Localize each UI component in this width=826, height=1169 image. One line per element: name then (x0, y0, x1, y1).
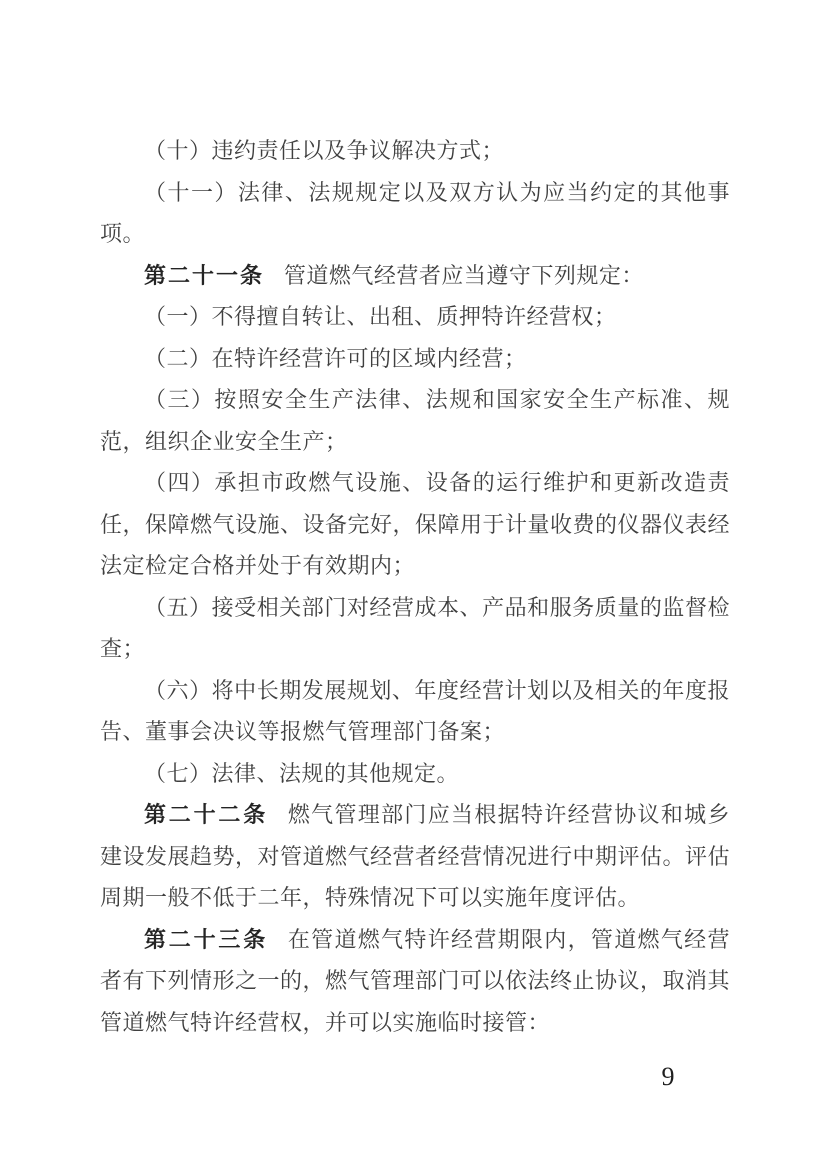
article-number: 第二十二条 (144, 802, 268, 827)
paragraph: （七）法律、法规的其他规定。 (100, 753, 730, 795)
paragraph: （二）在特许经营许可的区域内经营； (100, 338, 730, 380)
document-page: （十）违约责任以及争议解决方式； （十一）法律、法规规定以及双方认为应当约定的其… (0, 0, 826, 1169)
paragraph: （三）按照安全生产法律、法规和国家安全生产标准、规范，组织企业安全生产； (100, 379, 730, 462)
paragraph: （五）接受相关部门对经营成本、产品和服务质量的监督检查； (100, 587, 730, 670)
paragraph: 第二十二条燃气管理部门应当根据特许经营协议和城乡建设发展趋势，对管道燃气经营者经… (100, 794, 730, 919)
paragraph-text: （二）在特许经营许可的区域内经营； (144, 346, 527, 371)
paragraph: （六）将中长期发展规划、年度经营计划以及相关的年度报告、董事会决议等报燃气管理部… (100, 670, 730, 753)
paragraph: （十一）法律、法规规定以及双方认为应当约定的其他事项。 (100, 172, 730, 255)
paragraph: （四）承担市政燃气设施、设备的运行维护和更新改造责任，保障燃气设施、设备完好，保… (100, 462, 730, 587)
paragraph: （一）不得擅自转让、出租、质押特许经营权； (100, 296, 730, 338)
article-number: 第二十一条 (144, 263, 264, 288)
paragraph: 第二十一条管道燃气经营者应当遵守下列规定： (100, 255, 730, 297)
paragraph-text: （三）按照安全生产法律、法规和国家安全生产标准、规范，组织企业安全生产； (100, 387, 730, 454)
paragraph-text: （一）不得擅自转让、出租、质押特许经营权； (144, 304, 617, 329)
article-number: 第二十三条 (144, 927, 268, 952)
paragraph-text: 管道燃气经营者应当遵守下列规定： (284, 263, 644, 288)
paragraph: （十）违约责任以及争议解决方式； (100, 130, 730, 172)
page-number: 9 (648, 1062, 688, 1092)
paragraph-text: （五）接受相关部门对经营成本、产品和服务质量的监督检查； (100, 595, 730, 662)
paragraph-text: （四）承担市政燃气设施、设备的运行维护和更新改造责任，保障燃气设施、设备完好，保… (100, 470, 730, 578)
paragraph-text: （十）违约责任以及争议解决方式； (144, 138, 504, 163)
paragraph-text: （七）法律、法规的其他规定。 (144, 761, 459, 786)
paragraph-text: （六）将中长期发展规划、年度经营计划以及相关的年度报告、董事会决议等报燃气管理部… (100, 678, 730, 745)
paragraph-text: （十一）法律、法规规定以及双方认为应当约定的其他事项。 (100, 180, 730, 247)
document-body: （十）违约责任以及争议解决方式； （十一）法律、法规规定以及双方认为应当约定的其… (100, 130, 730, 1043)
paragraph: 第二十三条在管道燃气特许经营期限内，管道燃气经营者有下列情形之一的，燃气管理部门… (100, 919, 730, 1044)
